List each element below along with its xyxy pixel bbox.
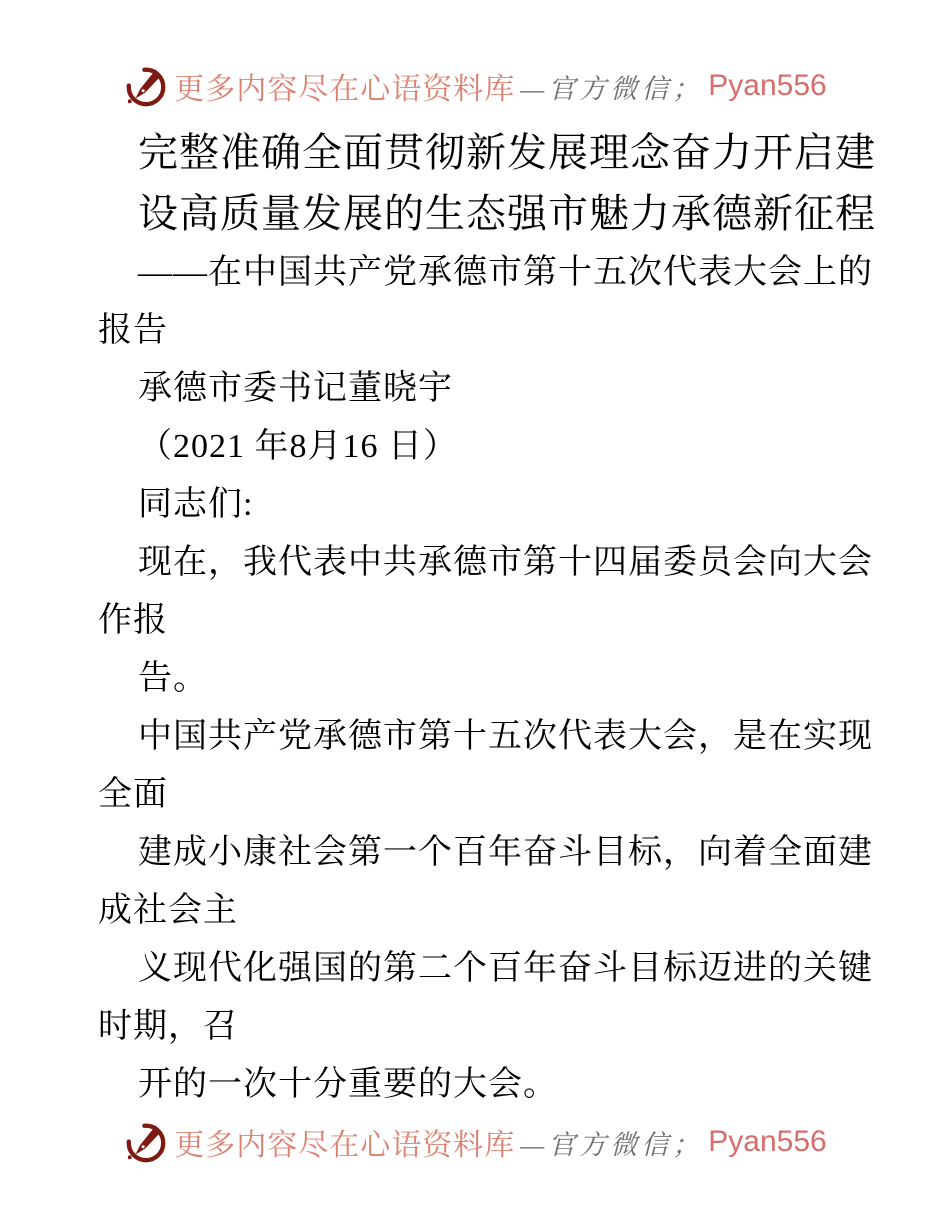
pen-circle-logo-icon xyxy=(123,62,169,110)
document-line: 报告 xyxy=(98,302,888,360)
pen-circle-logo-icon xyxy=(123,1118,169,1166)
document-line: 告。 xyxy=(98,650,888,708)
document-page: 更多内容尽在心语资料库—官方微信；Pyan556 完整准确全面贯彻新发展理念奋力… xyxy=(0,0,950,1230)
watermark-wechat-label: —官方微信； xyxy=(520,1123,703,1162)
document-line: 中国共产党承德市第十五次代表大会，是在实现 xyxy=(98,708,888,766)
document-body: 完整准确全面贯彻新发展理念奋力开启建设高质量发展的生态强市魅力承德新征程——在中… xyxy=(98,122,888,1114)
document-line: 义现代化强国的第二个百年奋斗目标迈进的关键 xyxy=(98,940,888,998)
document-line: 时期，召 xyxy=(98,998,888,1056)
document-line: 设高质量发展的生态强市魅力承德新征程 xyxy=(98,183,888,244)
document-line: （2021 年8月16 日） xyxy=(98,418,888,476)
document-line: 成社会主 xyxy=(98,882,888,940)
document-line: 同志们: xyxy=(98,476,888,534)
watermark-wechat-label: —官方微信； xyxy=(520,67,703,106)
document-line: 建成小康社会第一个百年奋斗目标，向着全面建 xyxy=(98,824,888,882)
document-line: 全面 xyxy=(98,766,888,824)
document-line: 作报 xyxy=(98,592,888,650)
document-line: ——在中国共产党承德市第十五次代表大会上的 xyxy=(98,244,888,302)
document-line: 现在，我代表中共承德市第十四届委员会向大会 xyxy=(98,534,888,592)
watermark-wechat-account: Pyan556 xyxy=(708,1125,826,1159)
footer-watermark: 更多内容尽在心语资料库—官方微信；Pyan556 xyxy=(0,1118,950,1166)
watermark-brand-text: 更多内容尽在心语资料库 xyxy=(174,1120,515,1164)
document-line: 承德市委书记董晓宇 xyxy=(98,360,888,418)
watermark-wechat-account: Pyan556 xyxy=(708,69,826,103)
document-line: 完整准确全面贯彻新发展理念奋力开启建 xyxy=(98,122,888,183)
document-line: 开的一次十分重要的大会。 xyxy=(98,1056,888,1114)
watermark-brand-text: 更多内容尽在心语资料库 xyxy=(174,64,515,108)
header-watermark: 更多内容尽在心语资料库—官方微信；Pyan556 xyxy=(0,62,950,110)
